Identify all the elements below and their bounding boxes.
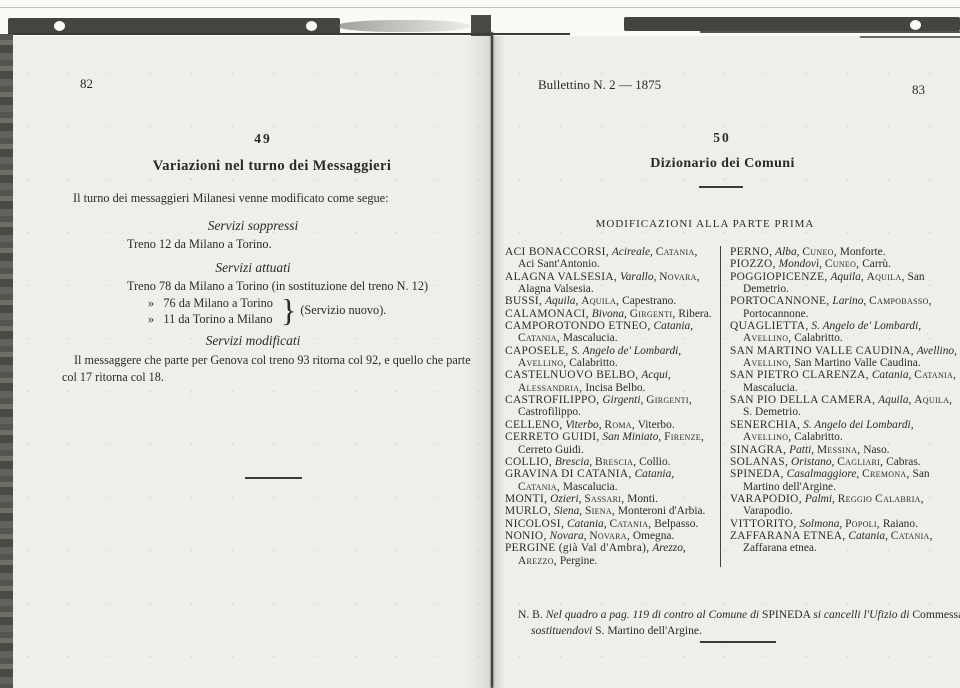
post-office-name: Viterbo.	[638, 419, 675, 431]
commune-name: SAN PIETRO CLARENZA,	[730, 369, 869, 381]
commune-name: SOLANAS,	[730, 456, 788, 468]
district-name: Bivona,	[592, 308, 627, 320]
dictionary-columns: ACI BONACCORSI, Acireale, Catania, Aci S…	[505, 246, 957, 567]
province-name: Catania,	[891, 530, 933, 542]
commune-name: SINAGRA,	[730, 444, 786, 456]
district-name: San Miniato,	[602, 431, 661, 443]
post-office-name: Incisa Belbo.	[585, 382, 645, 394]
district-name: Catania,	[654, 320, 694, 332]
commune-name: CAPOSELE,	[505, 345, 569, 357]
commune-entry: CAPOSELE, S. Angelo de' Lombardi, Avelli…	[505, 345, 712, 370]
post-office-name: Varapodio.	[743, 505, 793, 517]
district-name: Catania,	[848, 530, 888, 542]
province-name: Cremona,	[862, 468, 910, 480]
province-name: Sassari,	[584, 493, 624, 505]
commune-entry: SOLANAS, Oristano, Cagliari, Cabras.	[730, 456, 957, 468]
book-spine-edge	[0, 34, 13, 688]
district-name: Aquila,	[878, 394, 911, 406]
district-name: Aquila,	[830, 271, 863, 283]
province-name: Catania,	[609, 518, 651, 530]
commune-entry: CELLENO, Viterbo, Roma, Viterbo.	[505, 419, 712, 431]
commune-name: PORTOCANNONE,	[730, 295, 830, 307]
commune-entry: ALAGNA VALSESIA, Varallo, Novara, Alagna…	[505, 271, 712, 296]
province-name: Arezzo,	[518, 555, 557, 567]
commune-name: CAMPOROTONDO ETNEO,	[505, 320, 651, 332]
district-name: Siena,	[554, 505, 582, 517]
commune-entry: CERRETO GUIDI, San Miniato, Firenze, Cer…	[505, 431, 712, 456]
district-name: Mondovì,	[779, 258, 822, 270]
commune-name: BUSSI,	[505, 295, 542, 307]
commune-entry: MURLO, Siena, Siena, Monteroni d'Arbia.	[505, 505, 712, 517]
commune-entry: VARAPODIO, Palmi, Reggio Calabria, Varap…	[730, 493, 957, 518]
district-name: Arezzo,	[652, 542, 685, 554]
attuati-grouped-services: » 76 da Milano a Torino » 11 da Torino a…	[148, 292, 386, 329]
district-name: Aquila,	[545, 295, 578, 307]
section-heading-modificazioni: MODIFICAZIONI ALLA PARTE PRIMA	[505, 218, 905, 230]
province-name: Aquila,	[581, 295, 619, 307]
commune-entry: CAMPOROTONDO ETNEO, Catania, Catania, Ma…	[505, 320, 712, 345]
province-name: Cuneo,	[825, 258, 859, 270]
post-office-name: Cabras.	[886, 456, 920, 468]
article-number-49: 49	[233, 131, 293, 147]
post-office-name: Belpasso.	[654, 518, 698, 530]
province-name: Cagliari,	[837, 456, 883, 468]
commune-entry: PIOZZO, Mondovì, Cuneo, Carrù.	[730, 258, 957, 270]
commune-entry: SAN PIETRO CLARENZA, Catania, Catania, M…	[730, 369, 957, 394]
post-office-name: Cerreto Guidi.	[518, 444, 584, 456]
commune-entry: PORTOCANNONE, Larino, Campobasso, Portoc…	[730, 295, 957, 320]
commune-name: NICOLOSI,	[505, 518, 564, 530]
province-name: Siena,	[585, 505, 615, 517]
district-name: Ozieri,	[550, 493, 581, 505]
page-edge-line	[700, 31, 960, 33]
intro-paragraph: Il turno dei messaggieri Milanesi venne …	[73, 191, 493, 206]
heading-servizi-modificati: Servizi modificati	[62, 333, 444, 349]
province-name: Avellino,	[743, 332, 791, 344]
commune-name: COLLIO,	[505, 456, 552, 468]
commune-entry: BUSSI, Aquila, Aquila, Capestrano.	[505, 295, 712, 307]
commune-entry: SINAGRA, Patti, Messina, Naso.	[730, 444, 957, 456]
post-office-name: Alagna Valsesia.	[518, 283, 594, 295]
district-name: S. Angelo de' Lombardi,	[811, 320, 921, 332]
train-line: » 11 da Torino a Milano	[148, 311, 273, 327]
commune-name: ALAGNA VALSESIA,	[505, 271, 617, 283]
commune-entry: CASTROFILIPPO, Girgenti, Girgenti, Castr…	[505, 394, 712, 419]
province-name: Aquila,	[914, 394, 952, 406]
district-name: Casalmaggiore,	[787, 468, 860, 480]
article-number-50: 50	[698, 130, 746, 146]
province-name: Novara,	[589, 530, 630, 542]
post-office-name: Carrù.	[862, 258, 891, 270]
post-office-name: Zaffarana etnea.	[743, 542, 817, 554]
post-office-name: Capestrano.	[622, 295, 676, 307]
province-name: Roma,	[604, 419, 635, 431]
commune-name: SAN MARTINO VALLE CAUDINA,	[730, 345, 914, 357]
province-name: Girgenti,	[646, 394, 692, 406]
commune-entry: PERGINE (già Val d'Ambra), Arezzo, Arezz…	[505, 542, 712, 567]
province-name: Brescia,	[595, 456, 636, 468]
commune-name: ACI BONACCORSI,	[505, 246, 609, 258]
province-name: Aquila,	[867, 271, 905, 283]
commune-entry: POGGIOPICENZE, Aquila, Aquila, San Demet…	[730, 271, 957, 296]
district-name: Catania,	[872, 369, 912, 381]
post-office-name: Raiano.	[883, 518, 918, 530]
dictionary-column-left: ACI BONACCORSI, Acireale, Catania, Aci S…	[505, 246, 712, 567]
servizio-nuovo-note: (Servizio nuovo).	[300, 303, 386, 318]
district-name: Brescia,	[555, 456, 592, 468]
commune-entry: CALAMONACI, Bivona, Girgenti, Ribera.	[505, 308, 712, 320]
scanner-band-right	[624, 17, 960, 31]
province-name: Catania,	[656, 246, 698, 258]
province-name: Popoli,	[845, 518, 880, 530]
post-office-name: Calabritto.	[794, 332, 842, 344]
district-name: Alba,	[775, 246, 799, 258]
page-edge-line	[860, 36, 960, 38]
commune-name: CELLENO,	[505, 419, 563, 431]
train-line: » 76 da Milano a Torino	[148, 295, 273, 311]
dictionary-column-right: PERNO, Alba, Cuneo, Monforte. PIOZZO, Mo…	[720, 246, 957, 567]
commune-entry: MONTI, Ozieri, Sassari, Monti.	[505, 493, 712, 505]
brace-glyph: }	[281, 292, 296, 329]
commune-entry: ACI BONACCORSI, Acireale, Catania, Aci S…	[505, 246, 712, 271]
commune-entry: VITTORITO, Solmona, Popoli, Raiano.	[730, 518, 957, 530]
post-office-name: Calabritto.	[569, 357, 617, 369]
commune-name: CASTELNUOVO BELBO,	[505, 369, 639, 381]
commune-name: VARAPODIO,	[730, 493, 802, 505]
district-name: Acqui,	[641, 369, 670, 381]
post-office-name: Castrofilippo.	[518, 406, 581, 418]
post-office-name: Naso.	[863, 444, 889, 456]
page-top-edge	[8, 33, 570, 35]
province-name: Catania,	[518, 481, 560, 493]
district-name: Larino,	[832, 295, 866, 307]
commune-entry: PERNO, Alba, Cuneo, Monforte.	[730, 246, 957, 258]
commune-name: CERRETO GUIDI,	[505, 431, 600, 443]
commune-entry: GRAVINA DI CATANIA, Catania, Catania, Ma…	[505, 468, 712, 493]
province-name: Cuneo,	[802, 246, 836, 258]
scan-top-line	[0, 7, 960, 8]
post-office-name: Ribera.	[678, 308, 711, 320]
commune-name: SENERCHIA,	[730, 419, 800, 431]
post-office-name: San Martino Valle Caudina.	[794, 357, 920, 369]
post-office-name: Monti.	[627, 493, 658, 505]
page-number-right: 83	[912, 82, 925, 98]
commune-entry: ZAFFARANA ETNEA, Catania, Catania, Zaffa…	[730, 530, 957, 555]
running-header: Bullettino N. 2 — 1875	[538, 77, 661, 93]
scan-smudge	[338, 20, 470, 32]
heading-servizi-soppressi: Servizi soppressi	[62, 218, 444, 234]
district-name: S. Angelo dei Lombardi,	[803, 419, 913, 431]
district-name: Acireale,	[612, 246, 653, 258]
post-office-name: Collio.	[639, 456, 670, 468]
article-title-right: Dizionario dei Comuni	[540, 156, 905, 172]
nota-bene-footnote: N. B. Nel quadro a pag. 119 di contro al…	[505, 607, 960, 638]
commune-name: CASTROFILIPPO,	[505, 394, 599, 406]
province-name: Firenze,	[664, 431, 704, 443]
commune-name: ZAFFARANA ETNEA,	[730, 530, 846, 542]
commune-name: CALAMONACI,	[505, 308, 589, 320]
binding-hole	[910, 20, 921, 30]
post-office-name: S. Demetrio.	[743, 406, 801, 418]
post-office-name: Portocannone.	[743, 308, 808, 320]
district-name: Girgenti,	[602, 394, 643, 406]
district-name: Palmi,	[805, 493, 835, 505]
commune-name: NONIO,	[505, 530, 547, 542]
commune-name: PERGINE (già Val d'Ambra),	[505, 542, 649, 554]
district-name: Novara,	[550, 530, 587, 542]
district-name: Viterbo,	[565, 419, 601, 431]
commune-name: GRAVINA DI CATANIA,	[505, 468, 632, 480]
commune-name: POGGIOPICENZE,	[730, 271, 828, 283]
left-page-divider-rule	[245, 477, 302, 479]
title-rule	[699, 186, 743, 188]
post-office-name: Mascalucia.	[563, 332, 618, 344]
province-name: Campobasso,	[869, 295, 932, 307]
district-name: Patti,	[789, 444, 814, 456]
province-name: Catania,	[518, 332, 560, 344]
scanned-bulletin-spread: { "colors": {"paper": "#efeee9", "ink": …	[0, 0, 960, 688]
post-office-name: Monforte.	[840, 246, 886, 258]
district-name: Solmona,	[800, 518, 843, 530]
province-name: Novara,	[659, 271, 700, 283]
modificati-paragraph: Il messaggere che parte per Genova col t…	[62, 352, 480, 385]
commune-name: VITTORITO,	[730, 518, 797, 530]
page-number-left: 82	[80, 76, 93, 92]
post-office-name: Monteroni d'Arbia.	[618, 505, 705, 517]
commune-name: QUAGLIETTA,	[730, 320, 809, 332]
province-name: Alessandria,	[518, 382, 582, 394]
post-office-name: Mascalucia.	[563, 481, 618, 493]
province-name: Avellino,	[743, 357, 791, 369]
commune-entry: NICOLOSI, Catania, Catania, Belpasso.	[505, 518, 712, 530]
grouped-train-lines: » 76 da Milano a Torino » 11 da Torino a…	[148, 295, 273, 327]
commune-entry: SENERCHIA, S. Angelo dei Lombardi, Avell…	[730, 419, 957, 444]
district-name: Catania,	[635, 468, 675, 480]
province-name: Avellino,	[743, 431, 791, 443]
commune-entry: COLLIO, Brescia, Brescia, Collio.	[505, 456, 712, 468]
district-name: Oristano,	[791, 456, 834, 468]
right-page-bottom-rule	[700, 641, 776, 643]
commune-name: PIOZZO,	[730, 258, 776, 270]
post-office-name: Mascalucia.	[743, 382, 798, 394]
commune-entry: SAN PIO DELLA CAMERA, Aquila, Aquila, S.…	[730, 394, 957, 419]
district-name: Catania,	[567, 518, 607, 530]
commune-name: MURLO,	[505, 505, 551, 517]
commune-entry: CASTELNUOVO BELBO, Acqui, Alessandria, I…	[505, 369, 712, 394]
soppressi-line: Treno 12 da Milano a Torino.	[127, 237, 272, 252]
binding-hole	[306, 21, 317, 31]
post-office-name: Omegna.	[633, 530, 674, 542]
commune-name: PERNO,	[730, 246, 772, 258]
province-name: Avellino,	[518, 357, 566, 369]
province-name: Catania,	[914, 369, 956, 381]
post-office-name: Aci Sant'Antonio.	[518, 258, 600, 270]
commune-entry: NONIO, Novara, Novara, Omegna.	[505, 530, 712, 542]
binding-hole	[54, 21, 65, 31]
commune-entry: SAN MARTINO VALLE CAUDINA, Avellino, Ave…	[730, 345, 957, 370]
center-binding-line	[491, 32, 493, 688]
province-name: Reggio Calabria,	[838, 493, 924, 505]
district-name: Avellino,	[917, 345, 957, 357]
article-title-left: Variazioni nel turno dei Messaggieri	[72, 158, 472, 175]
commune-entry: SPINEDA, Casalmaggiore, Cremona, San Mar…	[730, 468, 957, 493]
district-name: S. Angelo de' Lombardi,	[571, 345, 681, 357]
commune-name: MONTI,	[505, 493, 547, 505]
heading-servizi-attuati: Servizi attuati	[62, 260, 444, 276]
post-office-name: Pergine.	[560, 555, 597, 567]
post-office-name: Calabritto.	[794, 431, 842, 443]
district-name: Varallo,	[620, 271, 656, 283]
commune-name: SPINEDA,	[730, 468, 784, 480]
province-name: Messina,	[817, 444, 860, 456]
province-name: Girgenti,	[630, 308, 676, 320]
commune-entry: QUAGLIETTA, S. Angelo de' Lombardi, Avel…	[730, 320, 957, 345]
commune-name: SAN PIO DELLA CAMERA,	[730, 394, 875, 406]
